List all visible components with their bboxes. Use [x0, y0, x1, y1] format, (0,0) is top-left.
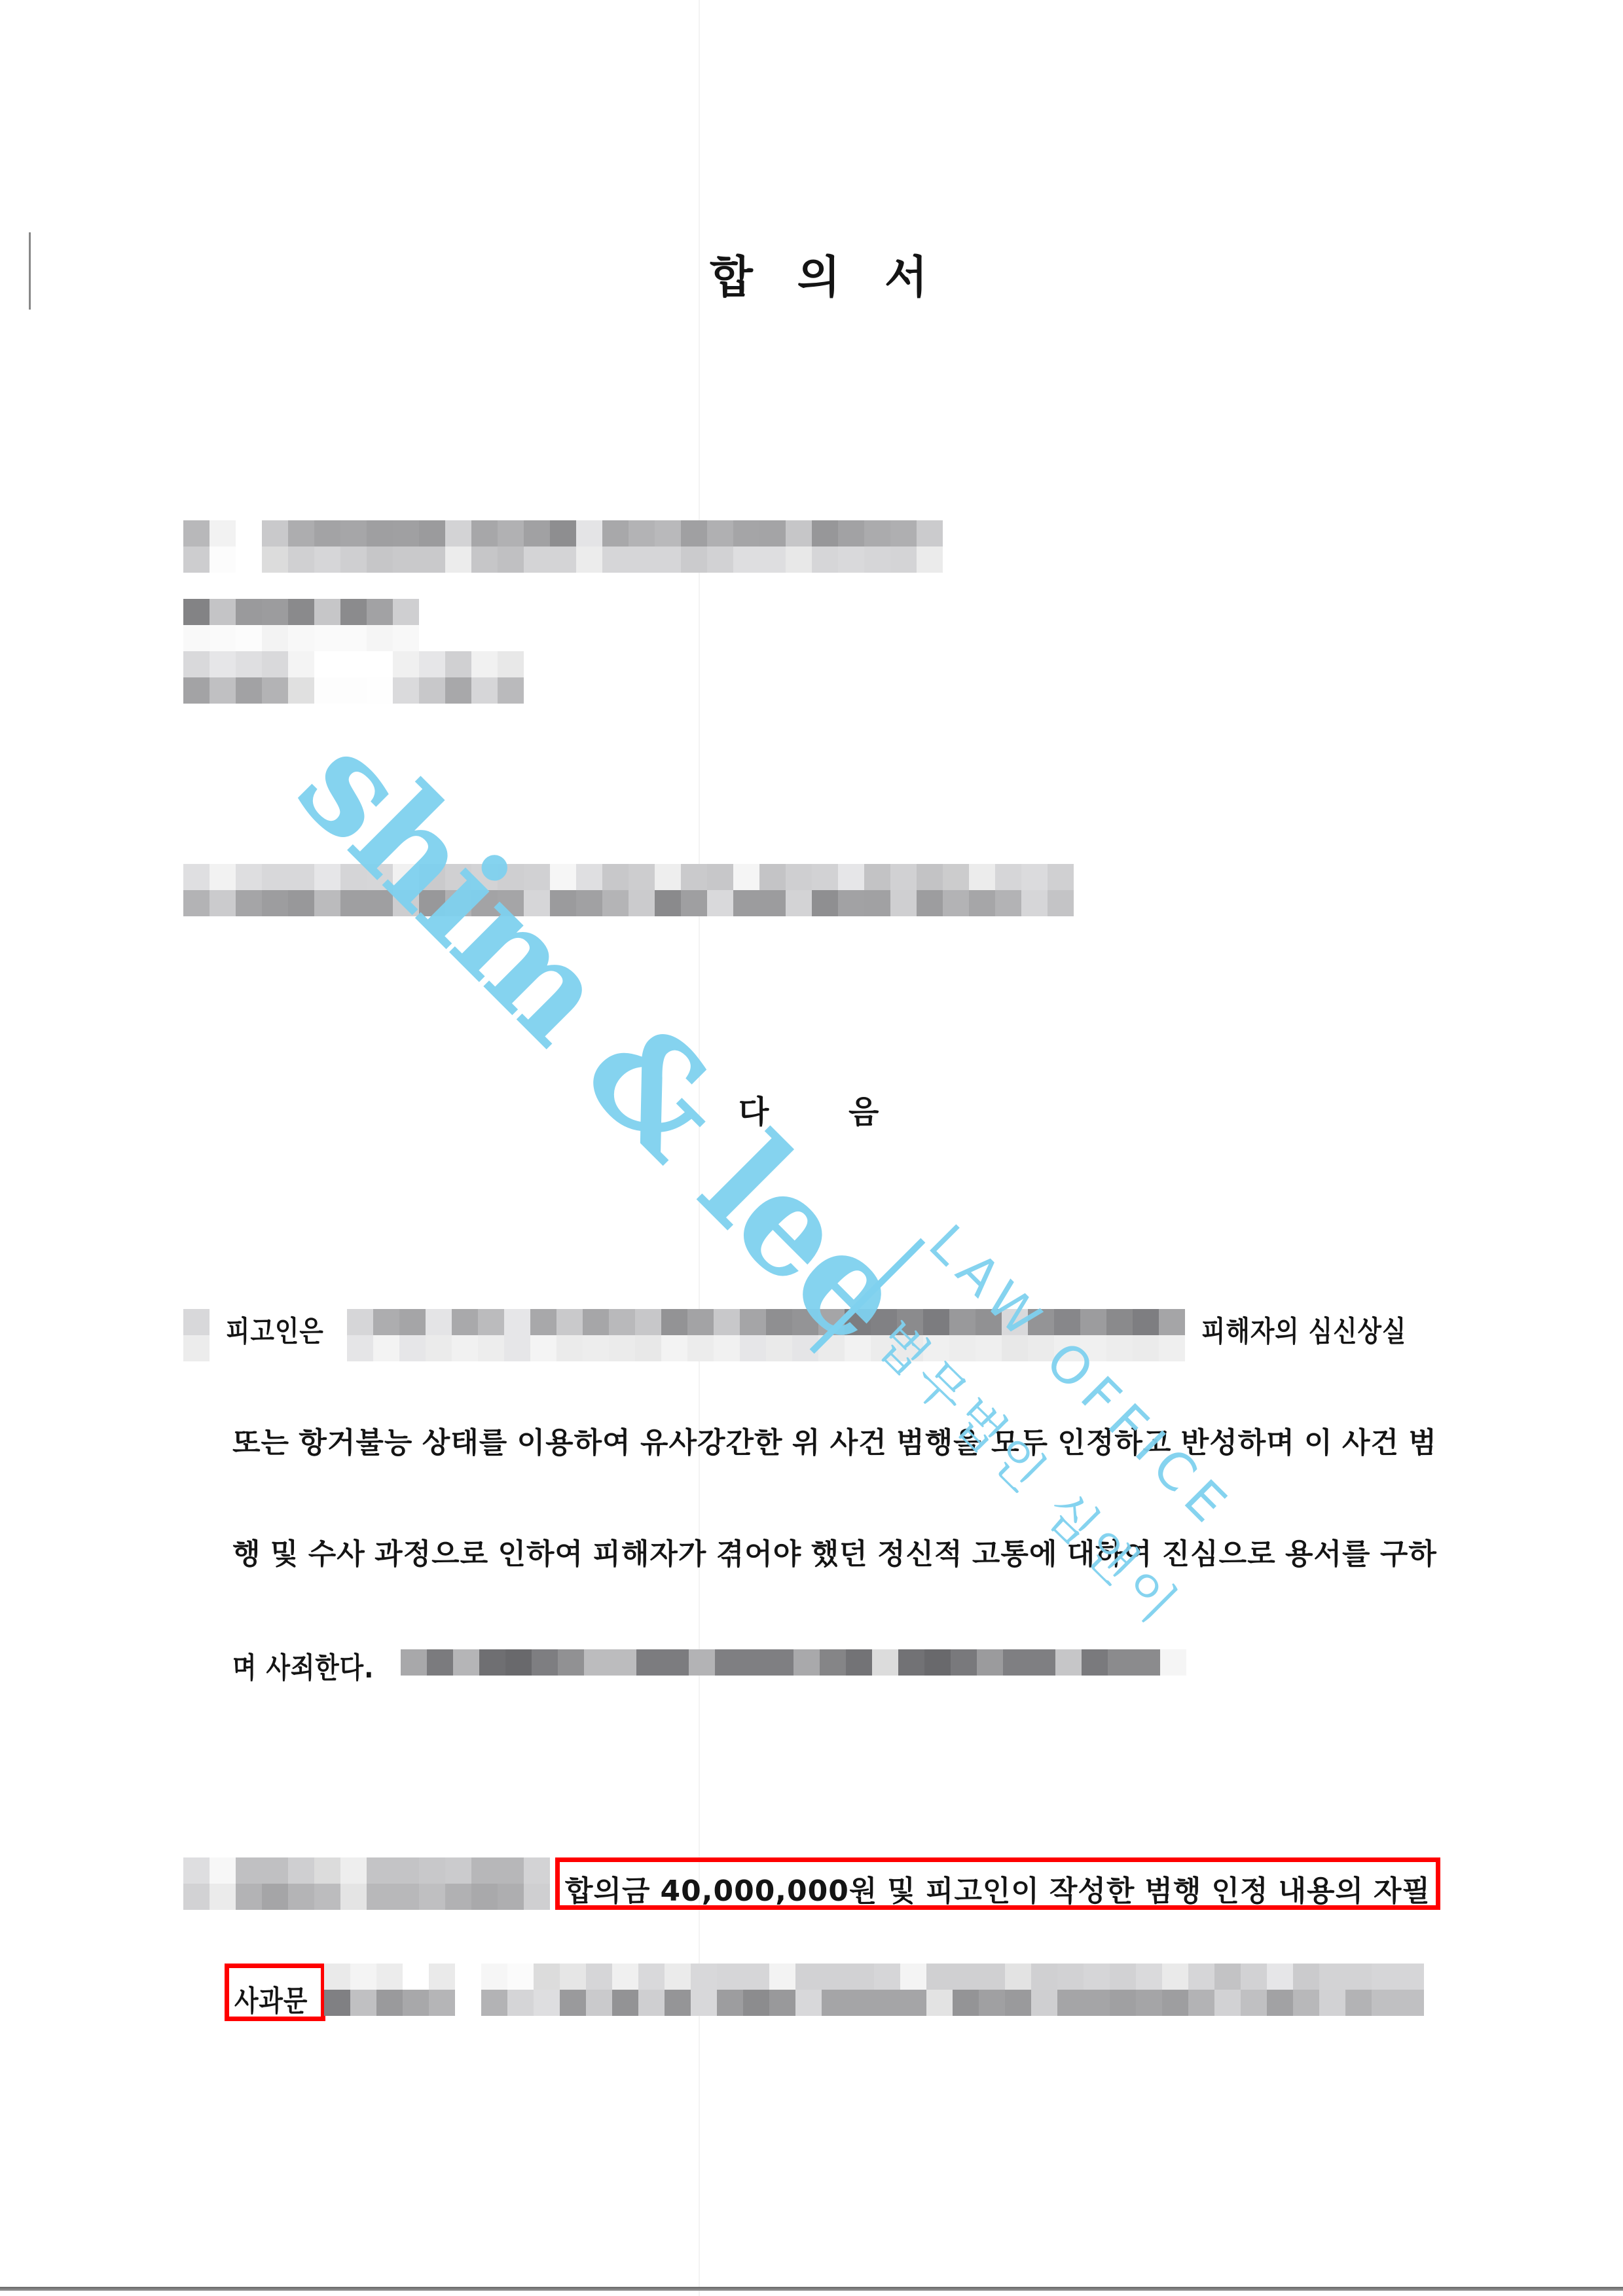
redaction-cell — [586, 1964, 612, 1990]
redaction-cell — [445, 547, 471, 573]
word: 및 — [887, 1867, 916, 1909]
redaction-cell — [1345, 1964, 1372, 1990]
redacted-party-info-2 — [183, 599, 419, 651]
redaction-cell — [340, 599, 367, 625]
redaction-cell — [949, 1309, 976, 1335]
redaction-cell — [733, 547, 759, 573]
redaction-cell — [419, 547, 445, 573]
redaction-cell — [314, 890, 340, 916]
redaction-cell — [367, 599, 393, 625]
redaction-cell — [1005, 1964, 1031, 1990]
redaction-cell — [419, 890, 445, 916]
redaction-cell — [210, 1884, 236, 1910]
redaction-cell — [898, 1649, 924, 1676]
word: 진심으로 — [1162, 1530, 1276, 1572]
redaction-cell — [926, 1964, 953, 1990]
redaction-cell — [471, 677, 498, 704]
redaction-cell — [210, 547, 236, 573]
redaction-cell — [524, 1857, 550, 1884]
redaction-cell — [367, 864, 393, 890]
redaction-cell — [419, 520, 445, 547]
word: 정신적 — [877, 1530, 963, 1572]
redaction-cell — [1159, 1309, 1185, 1335]
redaction-cell — [714, 1335, 740, 1361]
redaction-cell — [1031, 1990, 1057, 2016]
redaction-cell — [429, 1964, 455, 1990]
redaction-cell — [452, 1309, 478, 1335]
redaction-cell — [262, 599, 288, 625]
redaction-cell — [1048, 890, 1074, 916]
redaction-cell — [314, 677, 340, 704]
word: 과정으로 — [374, 1530, 488, 1572]
redaction-cell — [1241, 1964, 1267, 1990]
redaction-cell — [1028, 1309, 1054, 1335]
redaction-cell — [890, 547, 917, 573]
redaction-cell — [367, 625, 393, 651]
redaction-cell — [759, 547, 786, 573]
redaction-cell — [1372, 1964, 1398, 1990]
redaction-cell — [812, 547, 838, 573]
redaction-cell — [236, 625, 262, 651]
redaction-cell — [481, 1990, 507, 2016]
redaction-cell — [340, 864, 367, 890]
redacted-case-info — [183, 864, 1074, 916]
redaction-cell — [871, 1309, 897, 1335]
apology-letter-label: 사과문 — [234, 1977, 308, 2019]
redaction-cell — [707, 864, 733, 890]
redaction-cell — [262, 677, 288, 704]
redaction-cell — [1372, 1990, 1398, 2016]
redaction-cell — [707, 520, 733, 547]
redaction-cell — [767, 1649, 793, 1676]
redaction-cell — [612, 1964, 638, 1990]
redaction-cell — [471, 890, 498, 916]
redaction-cell — [691, 1964, 717, 1990]
redaction-cell — [419, 651, 445, 677]
redaction-cell — [367, 677, 393, 704]
redaction-cell — [638, 1990, 665, 2016]
redaction-cell — [846, 1649, 872, 1676]
word: 자필 — [1374, 1867, 1431, 1909]
redaction-cell — [236, 520, 262, 547]
redaction-cell — [376, 1964, 403, 1990]
redaction-cell — [504, 1309, 530, 1335]
redaction-cell — [471, 864, 498, 890]
watermark-law-office: LAW OFFICE — [917, 1214, 1243, 1540]
redaction-cell — [864, 520, 890, 547]
redaction-cell — [505, 1649, 532, 1676]
redaction-cell — [924, 1649, 951, 1676]
redaction-cell — [393, 890, 419, 916]
redaction-cell — [393, 677, 419, 704]
redaction-cell — [1214, 1990, 1241, 2016]
redaction-cell — [1293, 1990, 1319, 2016]
redaction-cell — [786, 864, 812, 890]
redaction-cell — [636, 1649, 663, 1676]
redaction-cell — [367, 547, 393, 573]
redaction-cell — [367, 520, 393, 547]
word: 고통에 — [972, 1530, 1058, 1572]
redaction-cell — [314, 547, 340, 573]
redaction-cell — [759, 520, 786, 547]
redaction-cell — [498, 890, 524, 916]
word: 했던 — [811, 1530, 868, 1572]
redaction-cell — [602, 547, 629, 573]
redaction-cell — [1082, 1649, 1108, 1676]
redaction-cell — [1188, 1964, 1214, 1990]
redaction-cell — [403, 1964, 429, 1990]
redaction-cell — [498, 651, 524, 677]
redaction-cell — [445, 520, 471, 547]
redaction-cell — [419, 1884, 445, 1910]
redaction-cell — [314, 864, 340, 890]
redaction-cell — [1080, 1309, 1106, 1335]
heading-da: 다 — [739, 1086, 769, 1132]
redaction-cell — [740, 1309, 766, 1335]
redaction-cell — [1162, 1990, 1188, 2016]
redaction-cell — [324, 1964, 350, 1990]
redaction-cell — [576, 520, 602, 547]
redaction-cell — [838, 890, 864, 916]
redaction-cell — [350, 1990, 376, 2016]
settlement-terms-text: 합의금40,000,000원및피고인이작성한범행인정내용의자필 — [565, 1867, 1431, 1909]
redaction-cell — [532, 1649, 558, 1676]
redaction-cell — [183, 547, 210, 573]
redaction-cell — [445, 677, 471, 704]
word: 피고인이 — [926, 1867, 1040, 1909]
redaction-cell — [1080, 1335, 1106, 1361]
redaction-cell — [393, 625, 419, 651]
redaction-cell — [655, 520, 681, 547]
redaction-cell — [766, 1335, 792, 1361]
redaction-cell — [714, 1309, 740, 1335]
redaction-cell — [979, 1990, 1005, 2016]
highlight-box-apology-letter: 사과문 — [225, 1964, 325, 2021]
redaction-cell — [917, 547, 943, 573]
redaction-cell — [995, 890, 1021, 916]
redaction-cell — [1084, 1964, 1110, 1990]
redaction-cell — [864, 890, 890, 916]
redaction-cell — [262, 864, 288, 890]
redaction-cell — [314, 625, 340, 651]
document-title: 합 의 서 — [0, 242, 1623, 306]
redaction-cell — [550, 890, 576, 916]
redaction-cell — [822, 1964, 848, 1990]
redaction-cell — [210, 890, 236, 916]
redaction-cell — [183, 677, 210, 704]
redaction-cell — [976, 1335, 1002, 1361]
redaction-cell — [1293, 1964, 1319, 1990]
redaction-cell — [1055, 1649, 1082, 1676]
word: 범 — [1408, 1419, 1437, 1461]
redaction-cell — [743, 1964, 769, 1990]
redaction-cell — [262, 625, 288, 651]
word: 인하여 — [498, 1530, 584, 1572]
word: 작성한 — [1049, 1867, 1135, 1909]
redaction-cell — [288, 864, 314, 890]
heading-eum: 음 — [848, 1086, 879, 1132]
redaction-cell — [183, 864, 210, 890]
word: 사건 — [1342, 1419, 1399, 1461]
redaction-cell — [504, 1335, 530, 1361]
scan-bottom-edge — [0, 2287, 1623, 2291]
redaction-cell — [183, 625, 210, 651]
redaction-cell — [550, 547, 576, 573]
redaction-cell — [926, 1990, 953, 2016]
redaction-cell — [1057, 1964, 1084, 1990]
redaction-cell — [1241, 1990, 1267, 2016]
redaction-cell — [1108, 1649, 1134, 1676]
redaction-cell — [655, 864, 681, 890]
redaction-cell — [900, 1964, 926, 1990]
redaction-cell — [838, 520, 864, 547]
redaction-cell — [498, 1857, 524, 1884]
redaction-cell — [583, 1335, 609, 1361]
redaction-cell — [661, 1335, 687, 1361]
redaction-cell — [864, 864, 890, 890]
redaction-cell — [969, 890, 995, 916]
redaction-cell — [427, 1649, 453, 1676]
redaction-cell — [340, 520, 367, 547]
word: 항거불능 — [299, 1419, 412, 1461]
redaction-cell — [635, 1335, 661, 1361]
redaction-cell — [455, 1990, 481, 2016]
redacted-defendant-details — [347, 1309, 1185, 1361]
redaction-cell — [288, 625, 314, 651]
body-line-1-start: 피고인은 — [226, 1308, 324, 1350]
redaction-cell — [900, 1990, 926, 2016]
redaction-cell — [479, 1649, 505, 1676]
redaction-cell — [1319, 1990, 1345, 2016]
redaction-cell — [445, 1857, 471, 1884]
redaction-cell — [478, 1309, 504, 1335]
redaction-cell — [733, 890, 759, 916]
redaction-cell — [786, 547, 812, 573]
redaction-cell — [471, 1857, 498, 1884]
redaction-cell — [340, 1857, 367, 1884]
redaction-cell — [524, 1884, 550, 1910]
redaction-cell — [367, 1884, 393, 1910]
redaction-cell — [576, 890, 602, 916]
redaction-cell — [471, 1884, 498, 1910]
redaction-cell — [977, 1649, 1003, 1676]
redaction-cell — [236, 677, 262, 704]
redaction-cell — [350, 1964, 376, 1990]
redaction-cell — [949, 1335, 976, 1361]
redaction-cell — [288, 1857, 314, 1884]
redaction-cell — [558, 1649, 584, 1676]
redaction-cell — [340, 547, 367, 573]
redaction-cell — [403, 1990, 429, 2016]
redaction-cell — [530, 1309, 556, 1335]
redaction-cell — [689, 1649, 715, 1676]
redaction-cell — [1267, 1964, 1293, 1990]
redaction-cell — [917, 520, 943, 547]
redaction-cell — [1054, 1309, 1080, 1335]
redaction-cell — [1159, 1335, 1185, 1361]
redacted-party-info-3 — [183, 651, 524, 704]
redaction-cell — [210, 651, 236, 677]
word: 유사강간한 — [640, 1419, 783, 1461]
redaction-cell — [663, 1649, 689, 1676]
redaction-cell — [1136, 1990, 1162, 2016]
redaction-cell — [681, 547, 707, 573]
redaction-cell — [786, 520, 812, 547]
redaction-cell — [393, 1857, 419, 1884]
word: 상태를 — [422, 1419, 508, 1461]
redaction-cell — [236, 1857, 262, 1884]
redaction-cell — [766, 1309, 792, 1335]
redaction-cell — [1319, 1964, 1345, 1990]
redaction-cell — [1106, 1335, 1133, 1361]
redaction-cell — [288, 547, 314, 573]
redaction-cell — [793, 1649, 820, 1676]
word: 내용의 — [1278, 1867, 1364, 1909]
word: 행 — [232, 1530, 261, 1572]
redaction-cell — [943, 890, 969, 916]
redaction-cell — [1084, 1990, 1110, 2016]
redaction-cell — [1398, 1990, 1424, 2016]
redaction-cell — [602, 520, 629, 547]
redaction-cell — [498, 547, 524, 573]
redaction-cell — [471, 520, 498, 547]
redaction-cell — [890, 864, 917, 890]
body-line-2: 또는항거불능상태를이용하여유사강간한위사건범행을모두인정하고반성하며이사건범 — [232, 1419, 1437, 1461]
redaction-cell — [717, 1964, 743, 1990]
redaction-cell — [917, 890, 943, 916]
redaction-cell — [236, 864, 262, 890]
redaction-cell — [1188, 1990, 1214, 2016]
word: 또는 — [232, 1419, 289, 1461]
word: 인정 — [1211, 1867, 1268, 1909]
redaction-cell — [629, 890, 655, 916]
redaction-cell — [1005, 1990, 1031, 2016]
redaction-cell — [183, 1884, 210, 1910]
redacted-terms-remainder — [324, 1964, 1424, 2016]
redaction-cell — [838, 547, 864, 573]
word: 위 — [792, 1419, 821, 1461]
redaction-cell — [969, 864, 995, 890]
redacted-line-4-remainder — [401, 1649, 1186, 1676]
redaction-cell — [629, 547, 655, 573]
body-line-4-start: 며 사죄한다. — [232, 1644, 374, 1686]
redaction-cell — [890, 520, 917, 547]
redaction-cell — [314, 651, 340, 677]
word: 용서를 — [1285, 1530, 1371, 1572]
watermark-firm-name: shim & lee — [268, 704, 936, 1371]
redaction-cell — [210, 1857, 236, 1884]
redaction-cell — [1048, 864, 1074, 890]
redaction-cell — [715, 1649, 741, 1676]
word: 이용하여 — [517, 1419, 631, 1461]
redaction-cell — [183, 890, 210, 916]
redaction-cell — [183, 651, 210, 677]
redaction-cell — [953, 1964, 979, 1990]
redaction-cell — [681, 864, 707, 890]
redaction-cell — [429, 1990, 455, 2016]
redaction-cell — [1002, 1309, 1028, 1335]
redaction-cell — [979, 1964, 1005, 1990]
redaction-cell — [1398, 1964, 1424, 1990]
redaction-cell — [812, 520, 838, 547]
word: 대하여 — [1067, 1530, 1153, 1572]
redaction-cell — [507, 1990, 534, 2016]
redaction-cell — [419, 677, 445, 704]
redaction-cell — [393, 1884, 419, 1910]
redaction-cell — [550, 520, 576, 547]
redaction-cell — [687, 1335, 714, 1361]
redaction-cell — [530, 1335, 556, 1361]
word: 모두 — [991, 1419, 1048, 1461]
redaction-cell — [1003, 1649, 1029, 1676]
redaction-cell — [609, 1309, 635, 1335]
redaction-cell — [560, 1990, 586, 2016]
redaction-cell — [393, 599, 419, 625]
redaction-cell — [923, 1309, 949, 1335]
redaction-cell — [602, 864, 629, 890]
redaction-cell — [897, 1309, 923, 1335]
redaction-cell — [1106, 1309, 1133, 1335]
redaction-cell — [655, 890, 681, 916]
word: 범행 — [1144, 1867, 1201, 1909]
redaction-cell — [376, 1990, 403, 2016]
redaction-cell — [399, 1335, 426, 1361]
redaction-cell — [743, 1990, 769, 2016]
redaction-cell — [1029, 1649, 1055, 1676]
redaction-cell — [795, 1964, 822, 1990]
redaction-cell — [445, 1884, 471, 1910]
redaction-cell — [707, 547, 733, 573]
word: 반성하며 — [1181, 1419, 1295, 1461]
redaction-cell — [288, 520, 314, 547]
redaction-cell — [393, 520, 419, 547]
word: 겪어야 — [716, 1530, 802, 1572]
redaction-cell — [347, 1309, 373, 1335]
redaction-cell — [426, 1309, 452, 1335]
redaction-cell — [236, 651, 262, 677]
redaction-cell — [262, 890, 288, 916]
redaction-cell — [1345, 1990, 1372, 2016]
redaction-cell — [455, 1964, 481, 1990]
redaction-cell — [314, 599, 340, 625]
redacted-line-marker — [183, 1309, 210, 1361]
redaction-cell — [812, 890, 838, 916]
redaction-cell — [210, 625, 236, 651]
redaction-cell — [655, 547, 681, 573]
redaction-cell — [953, 1990, 979, 2016]
redaction-cell — [822, 1990, 848, 2016]
redaction-cell — [481, 1964, 507, 1990]
redaction-cell — [498, 677, 524, 704]
redaction-cell — [445, 651, 471, 677]
redaction-cell — [445, 864, 471, 890]
redaction-cell — [340, 890, 367, 916]
redaction-cell — [733, 520, 759, 547]
redaction-cell — [1057, 1990, 1084, 2016]
redaction-cell — [1021, 864, 1048, 890]
redaction-cell — [534, 1990, 560, 2016]
redaction-cell — [236, 890, 262, 916]
word: 및 — [270, 1530, 299, 1572]
redaction-cell — [741, 1649, 767, 1676]
redaction-cell — [401, 1649, 427, 1676]
redaction-cell — [262, 651, 288, 677]
redaction-cell — [874, 1964, 900, 1990]
redaction-cell — [498, 520, 524, 547]
redaction-cell — [740, 1335, 766, 1361]
redaction-cell — [314, 1857, 340, 1884]
redaction-cell — [399, 1309, 426, 1335]
